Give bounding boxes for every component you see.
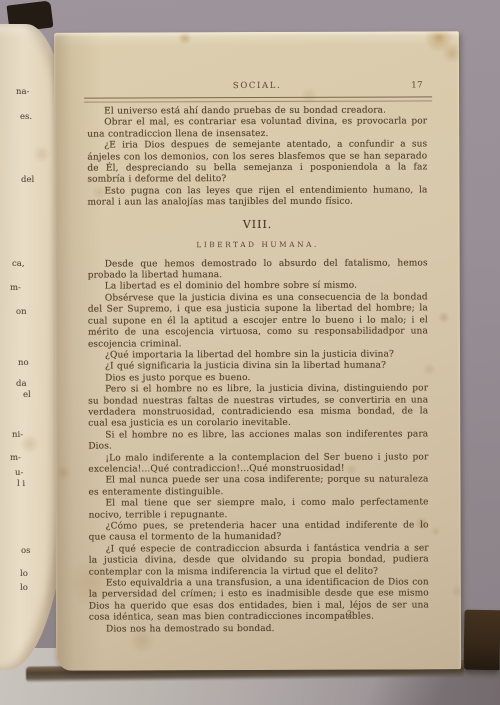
book-photo-scene: SOCIAL. 17 El universo está ahí dando pr… <box>0 0 500 705</box>
paragraph: El mal tiene que ser siempre malo, i com… <box>89 498 429 522</box>
section-number: VIII. <box>88 217 428 231</box>
paragraph: Dios nos ha demostrado su bondad. <box>89 623 429 636</box>
facing-page-text-fragment: ni- <box>12 431 23 440</box>
facing-page-text-fragment: na- <box>16 88 29 97</box>
paragraph: Esto pugna con las leyes que rijen el en… <box>87 185 427 209</box>
paragraph: ¡Lo malo indiferente a la contemplacion … <box>88 452 428 476</box>
facing-page-text-fragment: l i <box>17 480 25 489</box>
facing-page-text-fragment: el <box>23 391 31 400</box>
paragraph: Esto equivaldria a una transfusion, a un… <box>89 577 429 624</box>
paragraph: ¿I qué significaria la justicia divina s… <box>88 361 428 374</box>
facing-page-text-fragment: da <box>16 380 27 389</box>
paragraph: Si el hombre no es libre, las acciones m… <box>88 429 428 453</box>
facing-page-text-fragment: del <box>21 176 34 185</box>
page-number: 17 <box>411 80 423 90</box>
body-text: El universo está ahí dando pruebas de su… <box>87 105 429 635</box>
section-title: LIBERTAD HUMANA. <box>88 239 428 249</box>
page-header: SOCIAL. 17 <box>87 80 427 94</box>
header-double-rule <box>84 96 432 102</box>
facing-page-text-fragment: u- <box>15 469 23 478</box>
book-cover-corner <box>463 610 500 671</box>
printed-text-block: SOCIAL. 17 El universo está ahí dando pr… <box>87 80 429 635</box>
facing-page-text-fragment: m- <box>10 454 21 463</box>
paragraph: ¿E iria Dios despues de semejante atenta… <box>87 140 427 187</box>
paragraph: ¿I qué especie de contradiccion absurda … <box>89 543 429 578</box>
facing-page-text-fragment: on <box>16 308 27 317</box>
book-page: SOCIAL. 17 El universo está ahí dando pr… <box>54 31 461 670</box>
facing-page-text-fragment: es. <box>20 113 32 122</box>
facing-page-text-fragment: os <box>21 547 30 556</box>
signature-mark: 2 <box>347 610 352 620</box>
facing-page-text-fragment: lo <box>20 570 28 579</box>
facing-page-text-fragment: ca, <box>12 260 25 269</box>
facing-page-text-fragment: no <box>18 359 29 368</box>
paragraph: Obsérvese que la justicia divina es una … <box>88 292 428 350</box>
facing-page-text-fragment: m- <box>10 284 21 293</box>
running-title: SOCIAL. <box>233 81 281 91</box>
facing-page-text-fragment: lo <box>20 584 28 593</box>
paragraph: Desde que hemos demostrado lo absurdo de… <box>88 258 428 282</box>
paragraph: Pero si el hombre no es libre, la justic… <box>88 384 428 431</box>
paragraph: El mal nunca puede ser una cosa indifere… <box>88 475 428 499</box>
paragraph: ¿Cómo pues, se pretenderia hacer una ent… <box>89 520 429 544</box>
paragraph: Obrar el mal, es contrariar esa voluntad… <box>87 117 427 141</box>
